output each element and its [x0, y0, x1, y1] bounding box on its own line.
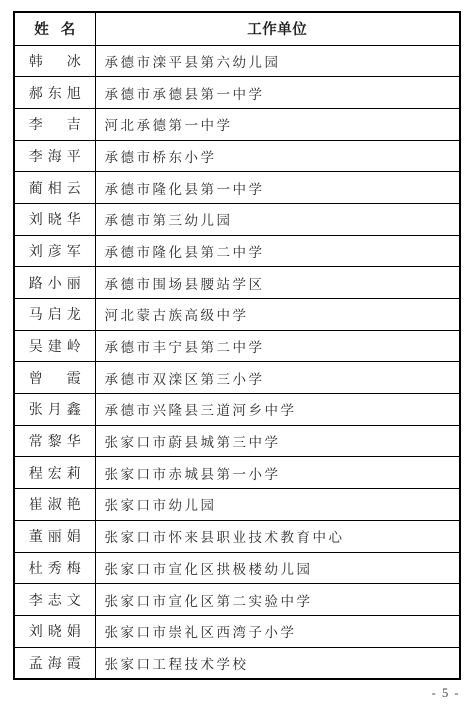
unit-cell: 河北蒙古族高级中学 [95, 299, 460, 331]
person-name: 蔺相云 [29, 178, 81, 198]
name-cell: 吴建岭 [14, 330, 95, 362]
table-row: 李吉 河北承德第一中学 [14, 108, 460, 140]
table-row: 张月鑫 承德市兴隆县三道河乡中学 [14, 394, 460, 426]
unit-cell: 张家口市怀来县职业技术教育中心 [95, 520, 460, 552]
unit-cell: 承德市第三幼儿园 [95, 203, 460, 235]
name-cell: 曾霞 [14, 362, 95, 394]
name-cell: 刘晓娟 [14, 615, 95, 647]
name-cell: 刘彦军 [14, 235, 95, 267]
person-name: 崔淑艳 [29, 494, 81, 514]
person-name: 马启龙 [29, 304, 81, 324]
person-name: 刘晓华 [29, 209, 81, 229]
unit-cell: 张家口市幼儿园 [95, 489, 460, 521]
person-name: 郝东旭 [29, 83, 81, 103]
table-row: 路小丽 承德市围场县腰站学区 [14, 267, 460, 299]
person-name: 常黎华 [29, 431, 81, 451]
name-cell: 路小丽 [14, 267, 95, 299]
name-cell: 李志文 [14, 584, 95, 616]
name-cell: 韩冰 [14, 45, 95, 77]
page-number: - 5 - [432, 686, 460, 701]
unit-cell: 承德市滦平县第六幼儿园 [95, 45, 460, 77]
name-cell: 蔺相云 [14, 172, 95, 204]
table-row: 程宏莉 张家口市赤城县第一小学 [14, 457, 460, 489]
name-cell: 董丽娟 [14, 520, 95, 552]
person-name: 董丽娟 [29, 526, 81, 546]
person-name: 韩冰 [29, 51, 81, 71]
name-cell: 张月鑫 [14, 394, 95, 426]
name-column-header: 姓名 [14, 12, 95, 45]
name-cell: 崔淑艳 [14, 489, 95, 521]
unit-cell: 承德市承德县第一中学 [95, 77, 460, 109]
table-row: 刘晓华 承德市第三幼儿园 [14, 203, 460, 235]
unit-cell: 张家口市宣化区拱极楼幼儿园 [95, 552, 460, 584]
table-header-row: 姓名 工作单位 [14, 12, 460, 45]
unit-cell: 张家口市蔚县城第三中学 [95, 425, 460, 457]
table-row: 曾霞 承德市双滦区第三小学 [14, 362, 460, 394]
name-cell: 李吉 [14, 108, 95, 140]
unit-cell: 承德市丰宁县第二中学 [95, 330, 460, 362]
name-cell: 常黎华 [14, 425, 95, 457]
unit-cell: 承德市双滦区第三小学 [95, 362, 460, 394]
table-row: 韩冰 承德市滦平县第六幼儿园 [14, 45, 460, 77]
person-name: 李海平 [29, 146, 81, 166]
name-header-label: 姓名 [34, 18, 75, 39]
name-cell: 孟海霞 [14, 647, 95, 679]
name-cell: 郝东旭 [14, 77, 95, 109]
person-name: 杜秀梅 [29, 558, 81, 578]
table-row: 李海平 承德市桥东小学 [14, 140, 460, 172]
person-name: 李吉 [29, 114, 81, 134]
person-name: 刘晓娟 [29, 621, 81, 641]
unit-cell: 河北承德第一中学 [95, 108, 460, 140]
name-cell: 李海平 [14, 140, 95, 172]
person-name: 曾霞 [29, 368, 81, 388]
unit-cell: 承德市隆化县第二中学 [95, 235, 460, 267]
recipients-table: 姓名 工作单位 韩冰 承德市滦平县第六幼儿园 郝东旭 承德市承德县第一中学 李吉… [13, 11, 461, 680]
table-row: 吴建岭 承德市丰宁县第二中学 [14, 330, 460, 362]
unit-column-header: 工作单位 [95, 12, 460, 45]
table-row: 崔淑艳 张家口市幼儿园 [14, 489, 460, 521]
table-row: 常黎华 张家口市蔚县城第三中学 [14, 425, 460, 457]
table-row: 郝东旭 承德市承德县第一中学 [14, 77, 460, 109]
person-name: 孟海霞 [29, 653, 81, 673]
unit-cell: 张家口工程技术学校 [95, 647, 460, 679]
unit-cell: 承德市桥东小学 [95, 140, 460, 172]
unit-cell: 张家口市赤城县第一小学 [95, 457, 460, 489]
table-row: 蔺相云 承德市隆化县第一中学 [14, 172, 460, 204]
unit-cell: 张家口市崇礼区西湾子小学 [95, 615, 460, 647]
table-row: 杜秀梅 张家口市宣化区拱极楼幼儿园 [14, 552, 460, 584]
unit-cell: 张家口市宣化区第二实验中学 [95, 584, 460, 616]
unit-cell: 承德市围场县腰站学区 [95, 267, 460, 299]
table-row: 李志文 张家口市宣化区第二实验中学 [14, 584, 460, 616]
table-row: 刘彦军 承德市隆化县第二中学 [14, 235, 460, 267]
name-cell: 马启龙 [14, 299, 95, 331]
unit-cell: 承德市兴隆县三道河乡中学 [95, 394, 460, 426]
person-name: 吴建岭 [29, 336, 81, 356]
table-row: 马启龙 河北蒙古族高级中学 [14, 299, 460, 331]
table-row: 刘晓娟 张家口市崇礼区西湾子小学 [14, 615, 460, 647]
name-cell: 杜秀梅 [14, 552, 95, 584]
person-name: 李志文 [29, 590, 81, 610]
name-cell: 程宏莉 [14, 457, 95, 489]
document-page: 姓名 工作单位 韩冰 承德市滦平县第六幼儿园 郝东旭 承德市承德县第一中学 李吉… [0, 0, 476, 714]
unit-cell: 承德市隆化县第一中学 [95, 172, 460, 204]
person-name: 程宏莉 [29, 463, 81, 483]
name-cell: 刘晓华 [14, 203, 95, 235]
person-name: 刘彦军 [29, 241, 81, 261]
table-row: 孟海霞 张家口工程技术学校 [14, 647, 460, 679]
person-name: 张月鑫 [29, 399, 81, 419]
table-row: 董丽娟 张家口市怀来县职业技术教育中心 [14, 520, 460, 552]
person-name: 路小丽 [29, 273, 81, 293]
